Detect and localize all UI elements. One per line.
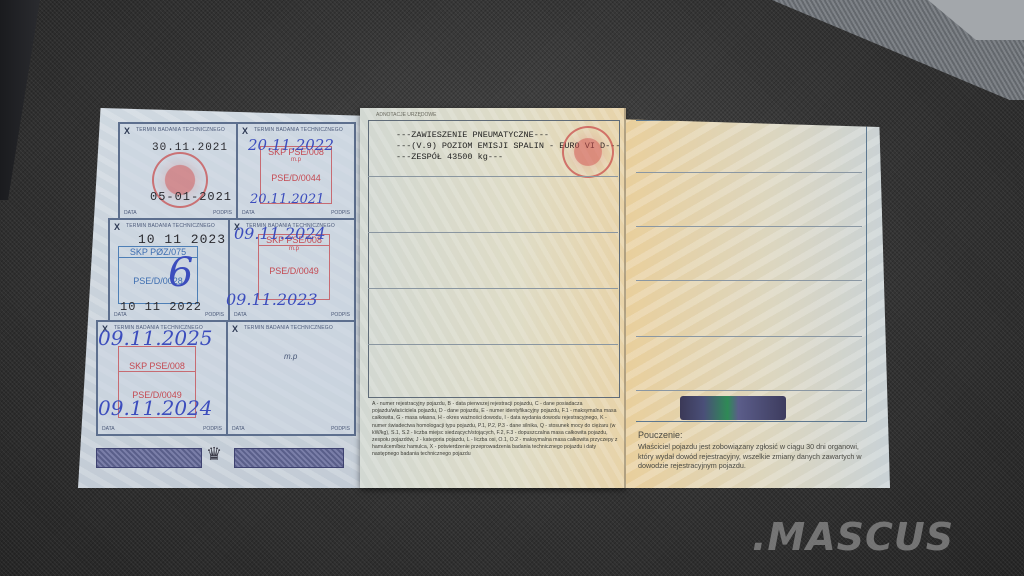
stamp-line: m.p [259,246,329,252]
annotations-page: ADNOTACJE URZĘDOWE ---ZAWIESZENIE PNEUMA… [360,108,626,488]
inspection-page: X TERMIN BADANIA TECHNICZNEGO 30.11.2021… [78,108,360,488]
stamp-line: SKP PSE/008 [119,361,195,372]
guilloche-bar-right [234,448,344,468]
notice-text: Właściciel pojazdu jest zobowiązany zgło… [638,442,874,471]
handwritten-date: 09.11.2024 [98,396,213,420]
row-divider [368,176,618,177]
inspection-box-2: X TERMIN BADANIA TECHNICZNEGO SKP PSE/00… [236,122,356,220]
footer-date-label: DATA [242,210,255,216]
row-divider [636,172,862,173]
footer-date-label: DATA [234,312,247,318]
inspection-label: TERMIN BADANIA TECHNICZNEGO [126,223,215,229]
mascus-watermark: .MASCUS [752,515,954,559]
mp-placeholder: m.p [284,352,297,361]
row-divider [368,232,618,233]
typed-date: 30.11.2021 [152,142,228,154]
inspection-label: TERMIN BADANIA TECHNICZNEGO [136,127,225,133]
round-stamp-eagle [562,126,614,178]
stamp-line: PSE/D/0044 [261,173,331,183]
footer-sign-label: PODPIS [213,210,232,216]
typed-date: 10 11 2023 [138,232,226,247]
annotations-header: ADNOTACJE URZĘDOWE [376,112,436,118]
notice-page: Pouczenie: Właściciel pojazdu jest zobow… [626,108,890,488]
row-divider [636,390,862,391]
footer-date-label: DATA [232,426,245,432]
security-hologram [680,396,786,420]
guilloche-bar-left [96,448,202,468]
stamp-line: m.p [261,157,331,163]
row-divider [368,288,618,289]
spec-line-suspension: ---ZAWIESZENIE PNEUMATYCZNE--- [396,130,549,140]
row-divider [636,280,862,281]
inspection-mark: X [242,126,248,136]
row-divider [368,344,618,345]
inspection-box-3: X TERMIN BADANIA TECHNICZNEGO 10 11 2023… [108,218,230,322]
stamp-date: 10 11 2022 [120,300,202,314]
inspection-label: TERMIN BADANIA TECHNICZNEGO [254,127,343,133]
field-legend: A - numer rejestracyjny pojazdu, B - dat… [372,401,620,459]
footer-date-label: DATA [102,426,115,432]
page-fold [624,108,626,488]
footer-sign-label: PODPIS [331,210,350,216]
row-divider [636,336,862,337]
stamp-date: 05-01-2021 [150,190,232,204]
inspection-mark: X [232,324,238,334]
handwritten-date: 09.11.2025 [98,326,213,350]
signature: 6 [168,250,193,296]
inspection-box-5: X TERMIN BADANIA TECHNICZNEGO SKP PSE/00… [96,320,228,436]
spec-line-combination-mass: ---ZESPÓŁ 43500 kg--- [396,152,503,162]
footer-sign-label: PODPIS [205,312,224,318]
row-divider [636,226,862,227]
polish-eagle-emblem-icon: ♛ [206,444,222,465]
footer-date-label: DATA [114,312,127,318]
notice-frame [636,120,867,422]
inspection-mark: X [124,126,130,136]
inspection-box-4: X TERMIN BADANIA TECHNICZNEGO SKP PSE/00… [228,218,356,322]
handwritten-date: 09.11.2023 [226,290,318,309]
footer-date-label: DATA [124,210,137,216]
footer-sign-label: PODPIS [331,426,350,432]
stamp-line: PSE/D/0049 [259,266,329,276]
registration-document: X TERMIN BADANIA TECHNICZNEGO 30.11.2021… [78,108,890,488]
inspection-mark: X [114,222,120,232]
handwritten-date: 09.11.2024 [234,224,326,243]
inspection-box-1: X TERMIN BADANIA TECHNICZNEGO 30.11.2021… [118,122,238,220]
notice-title: Pouczenie: [638,430,683,440]
inspection-label: TERMIN BADANIA TECHNICZNEGO [244,325,333,331]
footer-sign-label: PODPIS [203,426,222,432]
footer-sign-label: PODPIS [331,312,350,318]
handwritten-date: 20.11.2022 [248,136,334,154]
inspection-box-6: X TERMIN BADANIA TECHNICZNEGO m.p DATA P… [226,320,356,436]
handwritten-date: 20.11.2021 [250,192,324,207]
